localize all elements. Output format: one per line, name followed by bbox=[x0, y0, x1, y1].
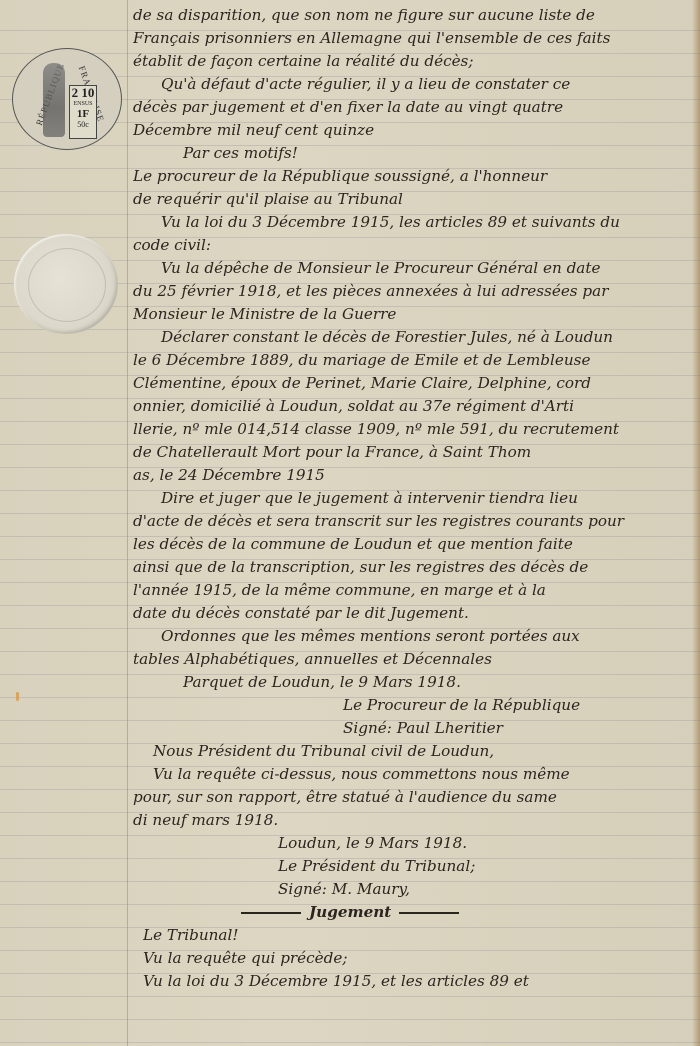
signatory-title: Le Procureur de la République bbox=[133, 694, 692, 717]
signatory-title: Le Président du Tribunal; bbox=[133, 855, 692, 878]
text-line: Nous Président du Tribunal civil de Loud… bbox=[133, 740, 692, 763]
place-date-line: Parquet de Loudun, le 9 Mars 1918. bbox=[133, 671, 692, 694]
embossed-seal-icon bbox=[14, 234, 118, 334]
text-line: Vu la requête qui précède; bbox=[133, 947, 692, 970]
seal-inner-ring bbox=[28, 248, 106, 322]
text-line: Le Tribunal! bbox=[133, 924, 692, 947]
text-line: di neuf mars 1918. bbox=[133, 809, 692, 832]
stamp-value-box: 2 10 ENSUS 1F 50c bbox=[69, 85, 97, 139]
underline-dash bbox=[399, 912, 459, 914]
text-line: Qu'à défaut d'acte régulier, il y a lieu… bbox=[133, 73, 692, 96]
text-line: code civil: bbox=[133, 234, 692, 257]
text-line: Dire et juger que le jugement à interven… bbox=[133, 487, 692, 510]
text-line: pour, sur son rapport, être statué à l'a… bbox=[133, 786, 692, 809]
fiscal-stamp: RÉPUBLIQUE FRANÇAISE 2 10 ENSUS 1F 50c bbox=[12, 48, 122, 150]
judgment-heading: Jugement bbox=[133, 901, 692, 924]
document-page: RÉPUBLIQUE FRANÇAISE 2 10 ENSUS 1F 50c d… bbox=[0, 0, 700, 1046]
text-line: Vu la dépêche de Monsieur le Procureur G… bbox=[133, 257, 692, 280]
text-line: Français prisonniers en Allemagne qui l'… bbox=[133, 27, 692, 50]
text-line: l'année 1915, de la même commune, en mar… bbox=[133, 579, 692, 602]
text-line: d'acte de décès et sera transcrit sur le… bbox=[133, 510, 692, 533]
text-line: établit de façon certaine la réalité du … bbox=[133, 50, 692, 73]
stamp-value-sub: 50c bbox=[70, 120, 96, 130]
text-line: Vu la loi du 3 Décembre 1915, et les art… bbox=[133, 970, 692, 993]
margin-rule bbox=[127, 0, 128, 1046]
stamp-value-main: 1F bbox=[70, 108, 96, 120]
text-line: Le procureur de la République soussigné,… bbox=[133, 165, 692, 188]
text-line: le 6 Décembre 1889, du mariage de Emile … bbox=[133, 349, 692, 372]
section-heading: Par ces motifs! bbox=[133, 142, 692, 165]
text-line: date du décès constaté par le dit Jugeme… bbox=[133, 602, 692, 625]
marianne-figure-icon bbox=[43, 63, 65, 137]
text-line: onnier, domicilié à Loudun, soldat au 37… bbox=[133, 395, 692, 418]
text-line: Vu la requête ci-dessus, nous commettons… bbox=[133, 763, 692, 786]
stamp-value-top: 2 10 bbox=[70, 86, 96, 100]
text-line: décès par jugement et d'en fixer la date… bbox=[133, 96, 692, 119]
text-line: ainsi que de la transcription, sur les r… bbox=[133, 556, 692, 579]
text-line: de Chatellerault Mort pour la France, à … bbox=[133, 441, 692, 464]
signature-line: Signé: Paul Lheritier bbox=[133, 717, 692, 740]
text-line: de sa disparition, que son nom ne figure… bbox=[133, 4, 692, 27]
page-edge-shadow bbox=[692, 0, 700, 1046]
text-line: as, le 24 Décembre 1915 bbox=[133, 464, 692, 487]
text-line: Décembre mil neuf cent quinze bbox=[133, 119, 692, 142]
text-line: Ordonnes que les mêmes mentions seront p… bbox=[133, 625, 692, 648]
text-line: tables Alphabétiques, annuelles et Décen… bbox=[133, 648, 692, 671]
text-line: Déclarer constant le décès de Forestier … bbox=[133, 326, 692, 349]
signature-line: Signé: M. Maury, bbox=[133, 878, 692, 901]
text-line: Clémentine, époux de Perinet, Marie Clai… bbox=[133, 372, 692, 395]
text-line: du 25 février 1918, et les pièces annexé… bbox=[133, 280, 692, 303]
judgment-heading-text: Jugement bbox=[309, 903, 391, 921]
stamp-value-mid: ENSUS bbox=[70, 100, 96, 108]
text-line: llerie, nº mle 014,514 classe 1909, nº m… bbox=[133, 418, 692, 441]
handwritten-text: de sa disparition, que son nom ne figure… bbox=[133, 4, 692, 993]
ink-stain bbox=[16, 692, 19, 701]
underline-dash bbox=[241, 912, 301, 914]
text-line: de requérir qu'il plaise au Tribunal bbox=[133, 188, 692, 211]
text-line: les décès de la commune de Loudun et que… bbox=[133, 533, 692, 556]
place-date-line: Loudun, le 9 Mars 1918. bbox=[133, 832, 692, 855]
text-line: Vu la loi du 3 Décembre 1915, les articl… bbox=[133, 211, 692, 234]
text-line: Monsieur le Ministre de la Guerre bbox=[133, 303, 692, 326]
